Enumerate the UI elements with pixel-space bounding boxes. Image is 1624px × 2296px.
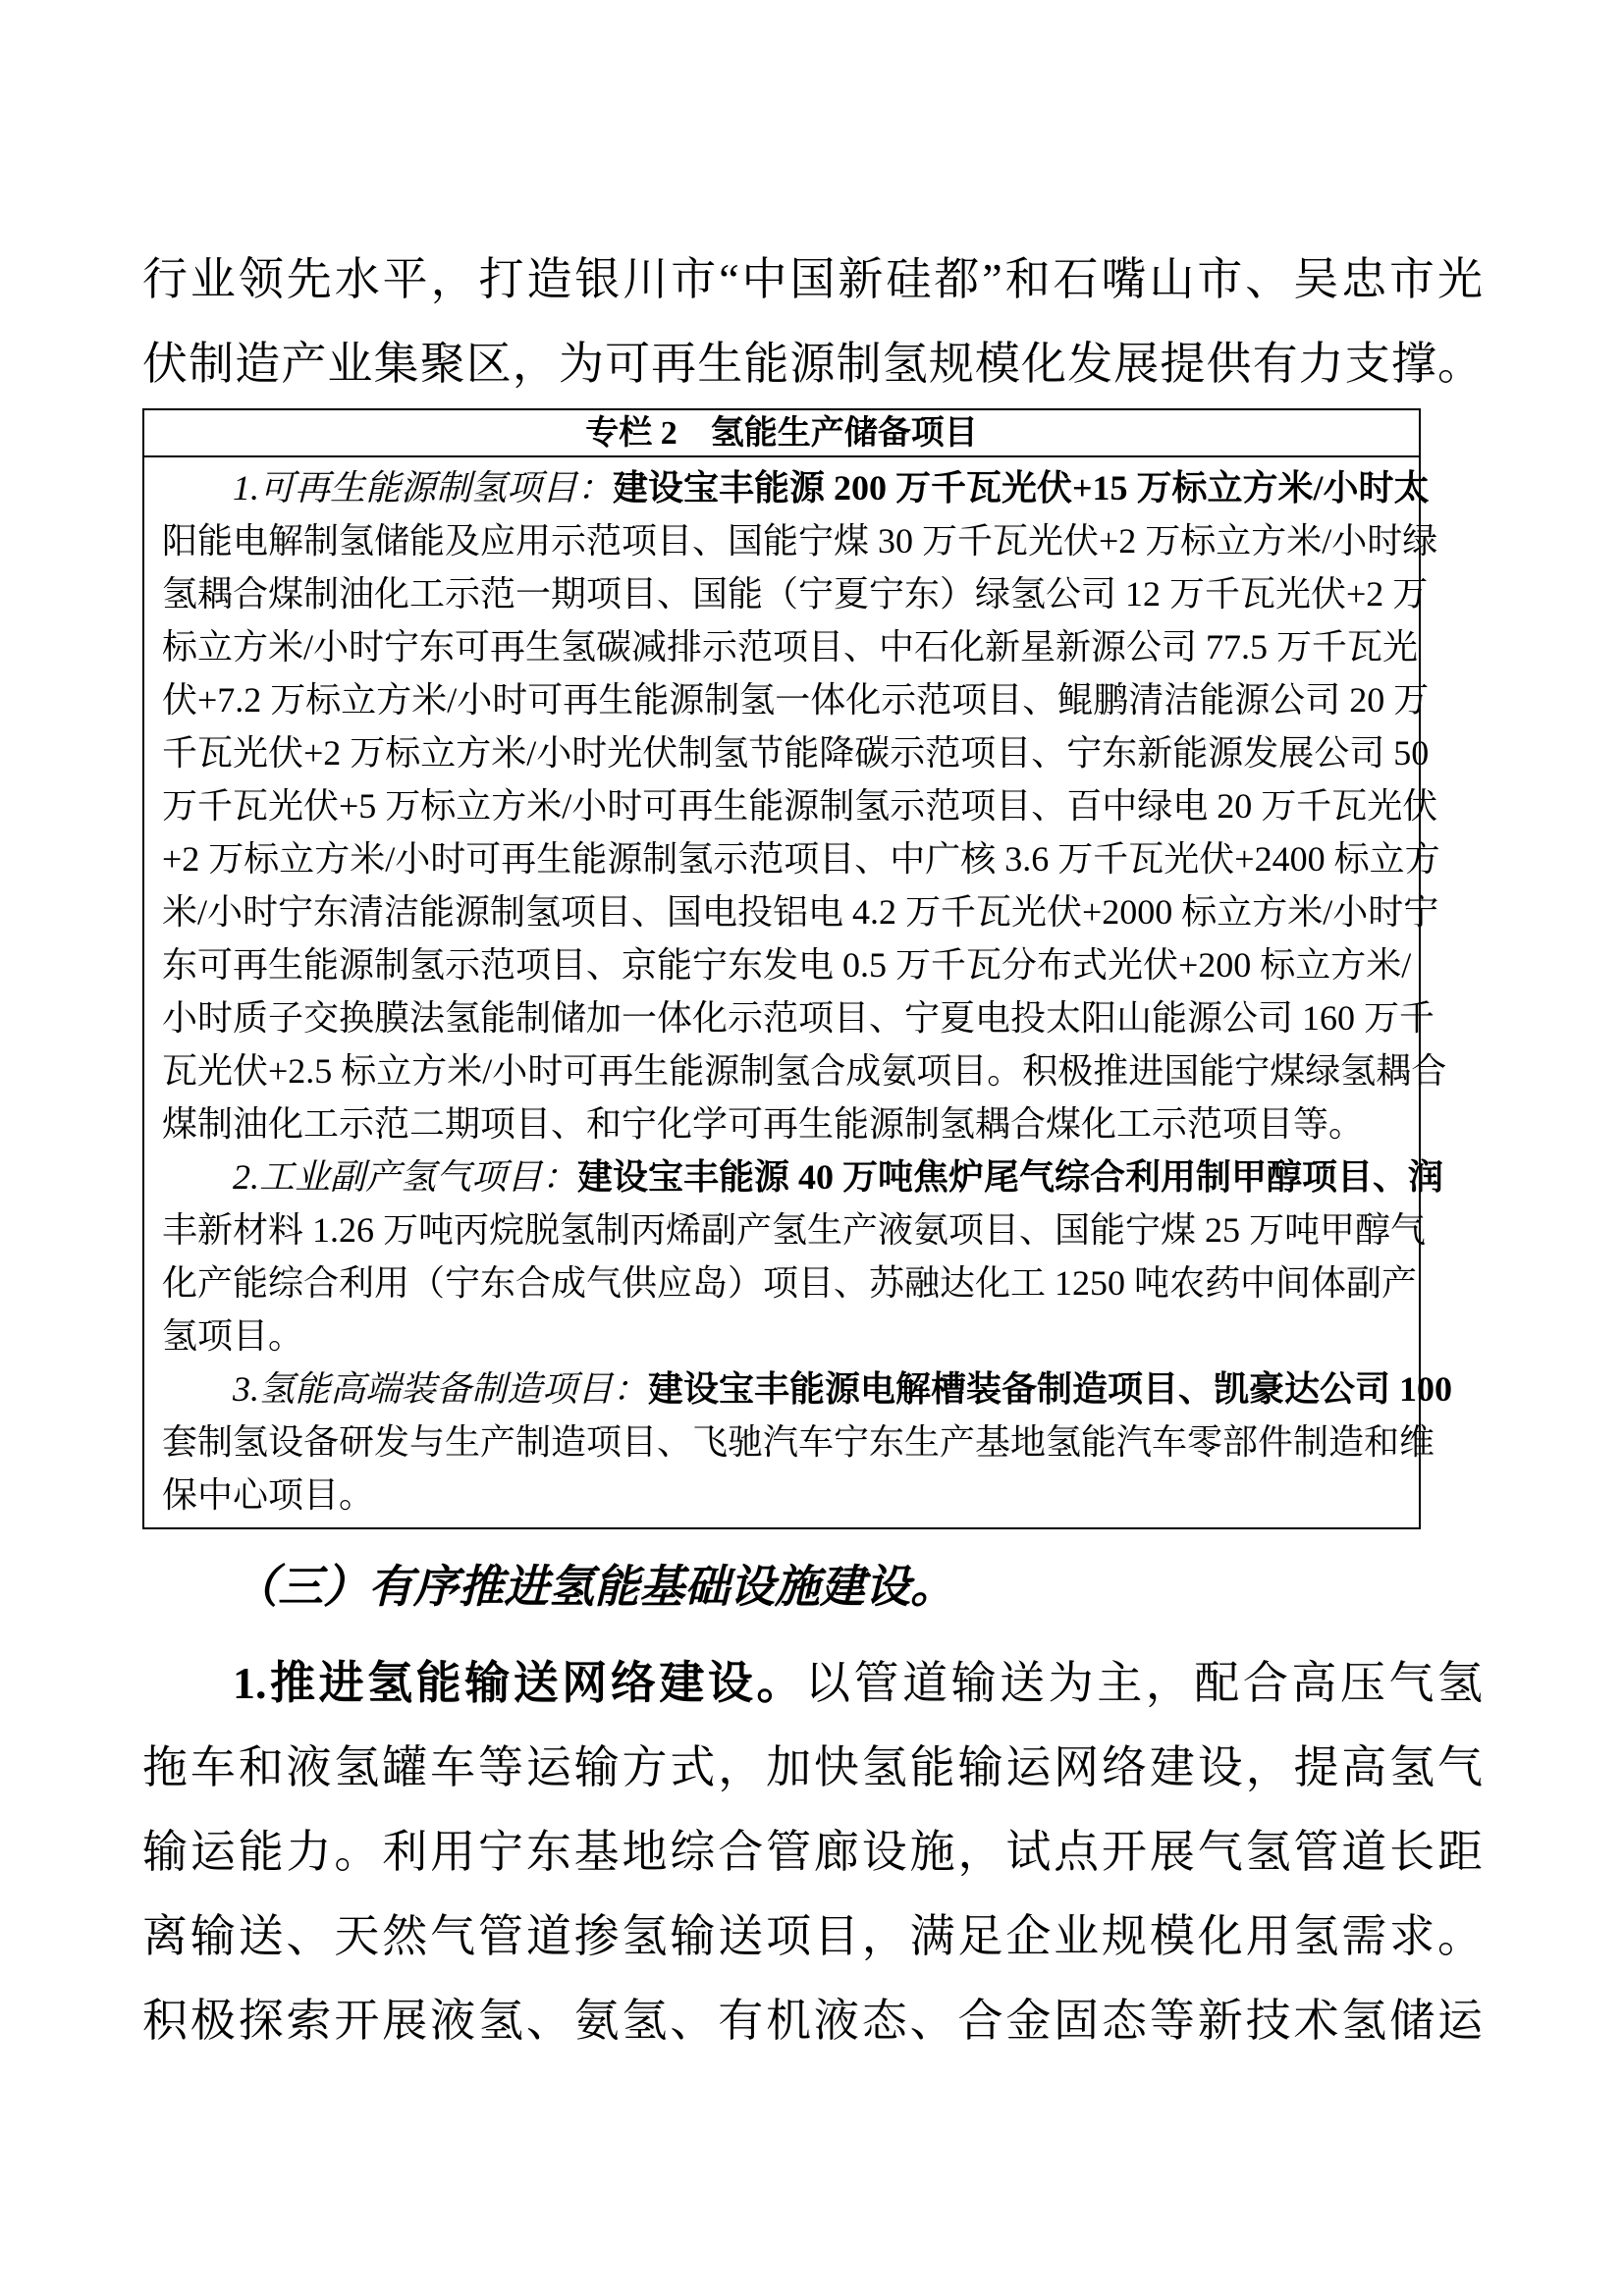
text-segment: 2.工业副产氢气项目： (233, 1157, 577, 1197)
text-segment: 以管道输送为主，配合高压气氢 (805, 1658, 1483, 1708)
text-segment: 建设宝丰能源 200 万千瓦光伏+15 万标立方米/小时太 (613, 468, 1430, 507)
text-line: 1.可再生能源制氢项目：建设宝丰能源 200 万千瓦光伏+15 万标立方米/小时… (162, 461, 1401, 514)
text-line: 东可再生能源制氢示范项目、京能宁东发电 0.5 万千瓦分布式光伏+200 标立方… (162, 938, 1401, 991)
text-line: 离输送、天然气管道掺氢输送项目，满足企业规模化用氢需求。 (142, 1895, 1483, 1979)
text-segment: 氢项目。 (162, 1316, 303, 1356)
text-segment: 建设宝丰能源 40 万吨焦炉尾气综合利用制甲醇项目、润 (577, 1157, 1443, 1197)
text-segment: 拖车和液氢罐车等运输方式，加快氢能输运网络建设，提高氢气 (142, 1742, 1483, 1792)
project-box-title: 专栏 2 氢能生产储备项目 (144, 410, 1419, 457)
text-line: 阳能电解制氢储能及应用示范项目、国能宁煤 30 万千瓦光伏+2 万标立方米/小时… (162, 514, 1401, 567)
text-segment: 氢耦合煤制油化工示范一期项目、国能（宁夏宁东）绿氢公司 12 万千瓦光伏+2 万 (162, 574, 1428, 614)
text-segment: 东可再生能源制氢示范项目、京能宁东发电 0.5 万千瓦分布式光伏+200 标立方… (162, 945, 1411, 985)
text-line: 标立方米/小时宁东可再生氢碳减排示范项目、中石化新星新源公司 77.5 万千瓦光 (162, 620, 1401, 673)
text-line: 输运能力。利用宁东基地综合管廊设施，试点开展气氢管道长距 (142, 1810, 1483, 1895)
text-segment: 套制氢设备研发与生产制造项目、飞驰汽车宁东生产基地氢能汽车零部件制造和维 (162, 1422, 1435, 1462)
text-segment: 积极探索开展液氢、氨氢、有机液态、合金固态等新技术氢储运 (142, 1996, 1483, 2046)
page-content: 行业领先水平，打造银川市“中国新硅都”和石嘴山市、吴忠市光伏制造产业集聚区，为可… (0, 0, 1624, 2063)
text-segment: 千瓦光伏+2 万标立方米/小时光伏制氢节能降碳示范项目、宁东新能源发展公司 50 (162, 733, 1429, 773)
text-line: 煤制油化工示范二期项目、和宁化学可再生能源制氢耦合煤化工示范项目等。 (162, 1097, 1401, 1150)
text-segment: 保中心项目。 (162, 1475, 374, 1515)
text-line: 瓦光伏+2.5 标立方米/小时可再生能源制氢合成氨项目。积极推进国能宁煤绿氢耦合 (162, 1044, 1401, 1097)
text-segment: 米/小时宁东清洁能源制氢项目、国电投铝电 4.2 万千瓦光伏+2000 标立方米… (162, 892, 1438, 932)
text-segment: 3.氢能高端装备制造项目： (233, 1369, 648, 1409)
text-segment: +2 万标立方米/小时可再生能源制氢示范项目、中广核 3.6 万千瓦光伏+240… (162, 839, 1440, 879)
text-line: +2 万标立方米/小时可再生能源制氢示范项目、中广核 3.6 万千瓦光伏+240… (162, 832, 1401, 885)
text-segment: 输运能力。利用宁东基地综合管廊设施，试点开展气氢管道长距 (142, 1827, 1483, 1877)
text-line: 化产能综合利用（宁东合成气供应岛）项目、苏融达化工 1250 吨农药中间体副产 (162, 1256, 1401, 1309)
text-segment: 离输送、天然气管道掺氢输送项目，满足企业规模化用氢需求。 (142, 1911, 1483, 1961)
text-segment: 丰新材料 1.26 万吨丙烷脱氢制丙烯副产氢生产液氨项目、国能宁煤 25 万吨甲… (162, 1210, 1426, 1250)
text-segment: 行业领先水平，打造银川市“中国新硅都”和石嘴山市、吴忠市光 (142, 254, 1483, 304)
project-box-body: 1.可再生能源制氢项目：建设宝丰能源 200 万千瓦光伏+15 万标立方米/小时… (144, 457, 1419, 1527)
text-segment: 标立方米/小时宁东可再生氢碳减排示范项目、中石化新星新源公司 77.5 万千瓦光 (162, 627, 1418, 667)
project-box: 专栏 2 氢能生产储备项目 1.可再生能源制氢项目：建设宝丰能源 200 万千瓦… (142, 408, 1421, 1529)
text-line: 米/小时宁东清洁能源制氢项目、国电投铝电 4.2 万千瓦光伏+2000 标立方米… (162, 885, 1401, 938)
text-line: 2.工业副产氢气项目：建设宝丰能源 40 万吨焦炉尾气综合利用制甲醇项目、润 (162, 1150, 1401, 1203)
intro-paragraph: 行业领先水平，打造银川市“中国新硅都”和石嘴山市、吴忠市光伏制造产业集聚区，为可… (142, 238, 1483, 406)
text-line: 积极探索开展液氢、氨氢、有机液态、合金固态等新技术氢储运 (142, 1979, 1483, 2063)
text-segment: 煤制油化工示范二期项目、和宁化学可再生能源制氢耦合煤化工示范项目等。 (162, 1104, 1364, 1144)
text-line: 丰新材料 1.26 万吨丙烷脱氢制丙烯副产氢生产液氨项目、国能宁煤 25 万吨甲… (162, 1203, 1401, 1256)
text-segment: 小时质子交换膜法氢能制储加一体化示范项目、宁夏电投太阳山能源公司 160 万千 (162, 998, 1435, 1038)
text-line: 伏+7.2 万标立方米/小时可再生能源制氢一体化示范项目、鲲鹏清洁能源公司 20… (162, 673, 1401, 726)
text-line: 套制氢设备研发与生产制造项目、飞驰汽车宁东生产基地氢能汽车零部件制造和维 (162, 1415, 1401, 1468)
text-line: 拖车和液氢罐车等运输方式，加快氢能输运网络建设，提高氢气 (142, 1726, 1483, 1810)
text-segment: 1.可再生能源制氢项目： (233, 468, 613, 507)
text-segment: 化产能综合利用（宁东合成气供应岛）项目、苏融达化工 1250 吨农药中间体副产 (162, 1263, 1417, 1303)
document-page: 行业领先水平，打造银川市“中国新硅都”和石嘴山市、吴忠市光伏制造产业集聚区，为可… (0, 0, 1624, 2296)
text-segment: 阳能电解制氢储能及应用示范项目、国能宁煤 30 万千瓦光伏+2 万标立方米/小时… (162, 521, 1437, 561)
text-segment: 伏制造产业集聚区，为可再生能源制氢规模化发展提供有力支撑。 (142, 339, 1483, 389)
text-line: 1.推进氢能输送网络建设。以管道输送为主，配合高压气氢 (142, 1641, 1483, 1726)
text-line: 千瓦光伏+2 万标立方米/小时光伏制氢节能降碳示范项目、宁东新能源发展公司 50 (162, 726, 1401, 779)
text-line: 3.氢能高端装备制造项目：建设宝丰能源电解槽装备制造项目、凯豪达公司 100 (162, 1362, 1401, 1415)
text-line: 行业领先水平，打造银川市“中国新硅都”和石嘴山市、吴忠市光 (142, 238, 1483, 322)
section-heading: （三）有序推进氢能基础设施建设。 (142, 1557, 1483, 1618)
text-line: 氢耦合煤制油化工示范一期项目、国能（宁夏宁东）绿氢公司 12 万千瓦光伏+2 万 (162, 567, 1401, 620)
text-segment: 伏+7.2 万标立方米/小时可再生能源制氢一体化示范项目、鲲鹏清洁能源公司 20… (162, 680, 1429, 720)
text-segment: 建设宝丰能源电解槽装备制造项目、凯豪达公司 100 (648, 1369, 1452, 1409)
text-line: 万千瓦光伏+5 万标立方米/小时可再生能源制氢示范项目、百中绿电 20 万千瓦光… (162, 779, 1401, 832)
text-segment: 瓦光伏+2.5 标立方米/小时可再生能源制氢合成氨项目。积极推进国能宁煤绿氢耦合 (162, 1051, 1446, 1091)
text-segment: 1.推进氢能输送网络建设。 (233, 1658, 805, 1708)
text-line: 小时质子交换膜法氢能制储加一体化示范项目、宁夏电投太阳山能源公司 160 万千 (162, 991, 1401, 1044)
paragraph-1: 1.推进氢能输送网络建设。以管道输送为主，配合高压气氢拖车和液氢罐车等运输方式，… (142, 1641, 1483, 2063)
text-segment: 万千瓦光伏+5 万标立方米/小时可再生能源制氢示范项目、百中绿电 20 万千瓦光… (162, 786, 1437, 826)
text-line: 氢项目。 (162, 1309, 1401, 1362)
text-line: 伏制造产业集聚区，为可再生能源制氢规模化发展提供有力支撑。 (142, 322, 1483, 406)
text-line: 保中心项目。 (162, 1468, 1401, 1522)
